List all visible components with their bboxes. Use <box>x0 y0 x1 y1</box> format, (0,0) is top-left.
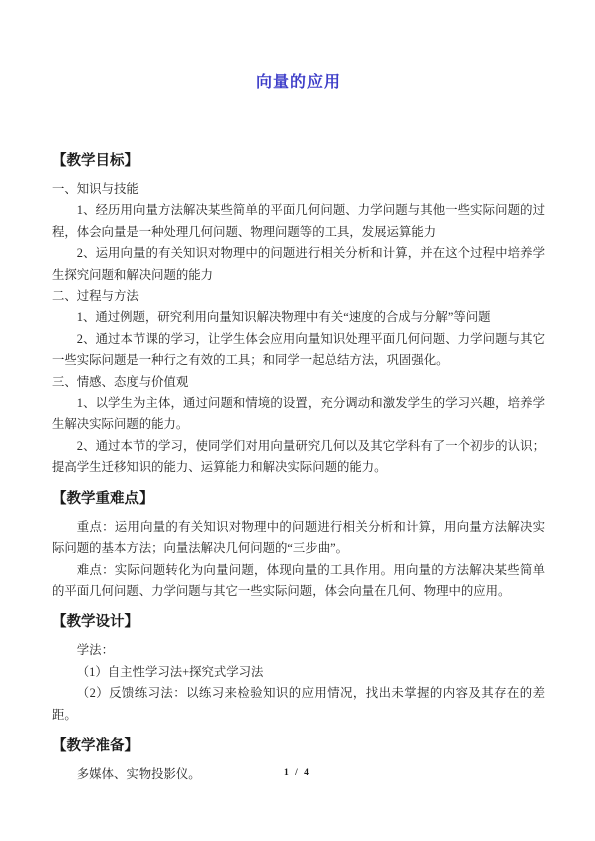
document-title: 向量的应用 <box>52 72 545 94</box>
section-teaching-goals: 【教学目标】 一、知识与技能 1、经历用向量方法解决某些简单的平面几何问题、力学… <box>52 150 545 479</box>
paragraph: （1）自主性学习法+探究式学习法 <box>52 662 545 683</box>
paragraph: 1、经历用向量方法解决某些简单的平面几何问题、力学问题与其他一些实际问题的过程，… <box>52 200 545 243</box>
section-heading: 【教学重难点】 <box>52 488 545 510</box>
section-heading: 【教学设计】 <box>52 611 545 633</box>
paragraph: （2）反馈练习法：以练习来检验知识的应用情况，找出未掌握的内容及其存在的差距。 <box>52 683 545 726</box>
section-heading: 【教学目标】 <box>52 150 545 172</box>
paragraph: 学法： <box>52 640 545 661</box>
paragraph: 一、知识与技能 <box>52 179 545 200</box>
paragraph: 三、情感、态度与价值观 <box>52 372 545 393</box>
paragraph: 1、以学生为主体，通过问题和情境的设置，充分调动和激发学生的学习兴趣，培养学生解… <box>52 393 545 436</box>
section-heading: 【教学准备】 <box>52 735 545 757</box>
paragraph: 2、通过本节课的学习，让学生体会应用向量知识处理平面几何问题、力学问题与其它一些… <box>52 329 545 372</box>
paragraph: 2、运用向量的有关知识对物理中的问题进行相关分析和计算，并在这个过程中培养学生探… <box>52 243 545 286</box>
paragraph: 二、过程与方法 <box>52 286 545 307</box>
page-number: 1 / 4 <box>0 768 595 778</box>
paragraph: 1、通过例题，研究利用向量知识解决物理中有关“速度的合成与分解”等问题 <box>52 307 545 328</box>
section-key-difficult-points: 【教学重难点】 重点：运用向量的有关知识对物理中的问题进行相关分析和计算，用向量… <box>52 488 545 603</box>
paragraph: 难点：实际问题转化为向量问题，体现向量的工具作用。用向量的方法解决某些简单的平面… <box>52 560 545 603</box>
paragraph: 2、通过本节的学习，使同学们对用向量研究几何以及其它学科有了一个初步的认识；提高… <box>52 436 545 479</box>
section-teaching-design: 【教学设计】 学法： （1）自主性学习法+探究式学习法 （2）反馈练习法：以练习… <box>52 611 545 726</box>
paragraph: 重点：运用向量的有关知识对物理中的问题进行相关分析和计算，用向量方法解决实际问题… <box>52 517 545 560</box>
document-page: 向量的应用 【教学目标】 一、知识与技能 1、经历用向量方法解决某些简单的平面几… <box>0 0 595 841</box>
